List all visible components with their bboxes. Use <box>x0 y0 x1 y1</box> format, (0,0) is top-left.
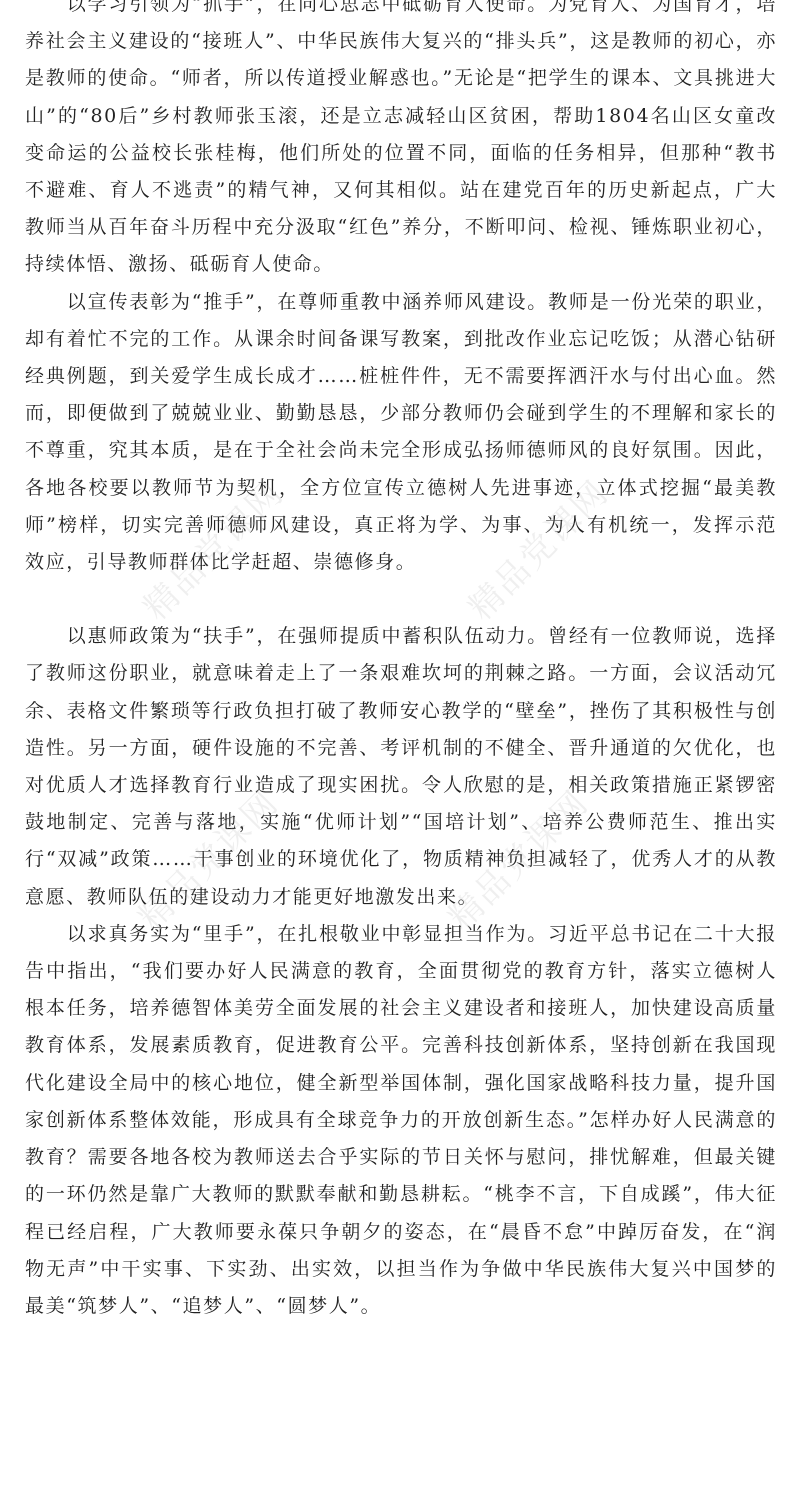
paragraph-practical-work: 以求真务实为“里手”，在扎根敬业中彰显担当作为。习近平总书记在二十大报告中指出，… <box>25 916 777 1325</box>
paragraph-gap <box>25 581 777 618</box>
document-page: 以学习引领为“抓手”，在同心思志中砥砺育人使命。为党育人、为国育才，培养社会主义… <box>25 0 777 1325</box>
paragraph-teacher-policy: 以惠师政策为“扶手”，在强师提质中蓄积队伍动力。曾经有一位教师说，选择了教师这份… <box>25 618 777 916</box>
paragraph-study-leading: 以学习引领为“抓手”，在同心思志中砥砺育人使命。为党育人、为国育才，培养社会主义… <box>25 0 777 284</box>
paragraph-publicity-commendation: 以宣传表彰为“推手”，在尊师重教中涵养师风建设。教师是一份光荣的职业，却有着忙不… <box>25 284 777 582</box>
